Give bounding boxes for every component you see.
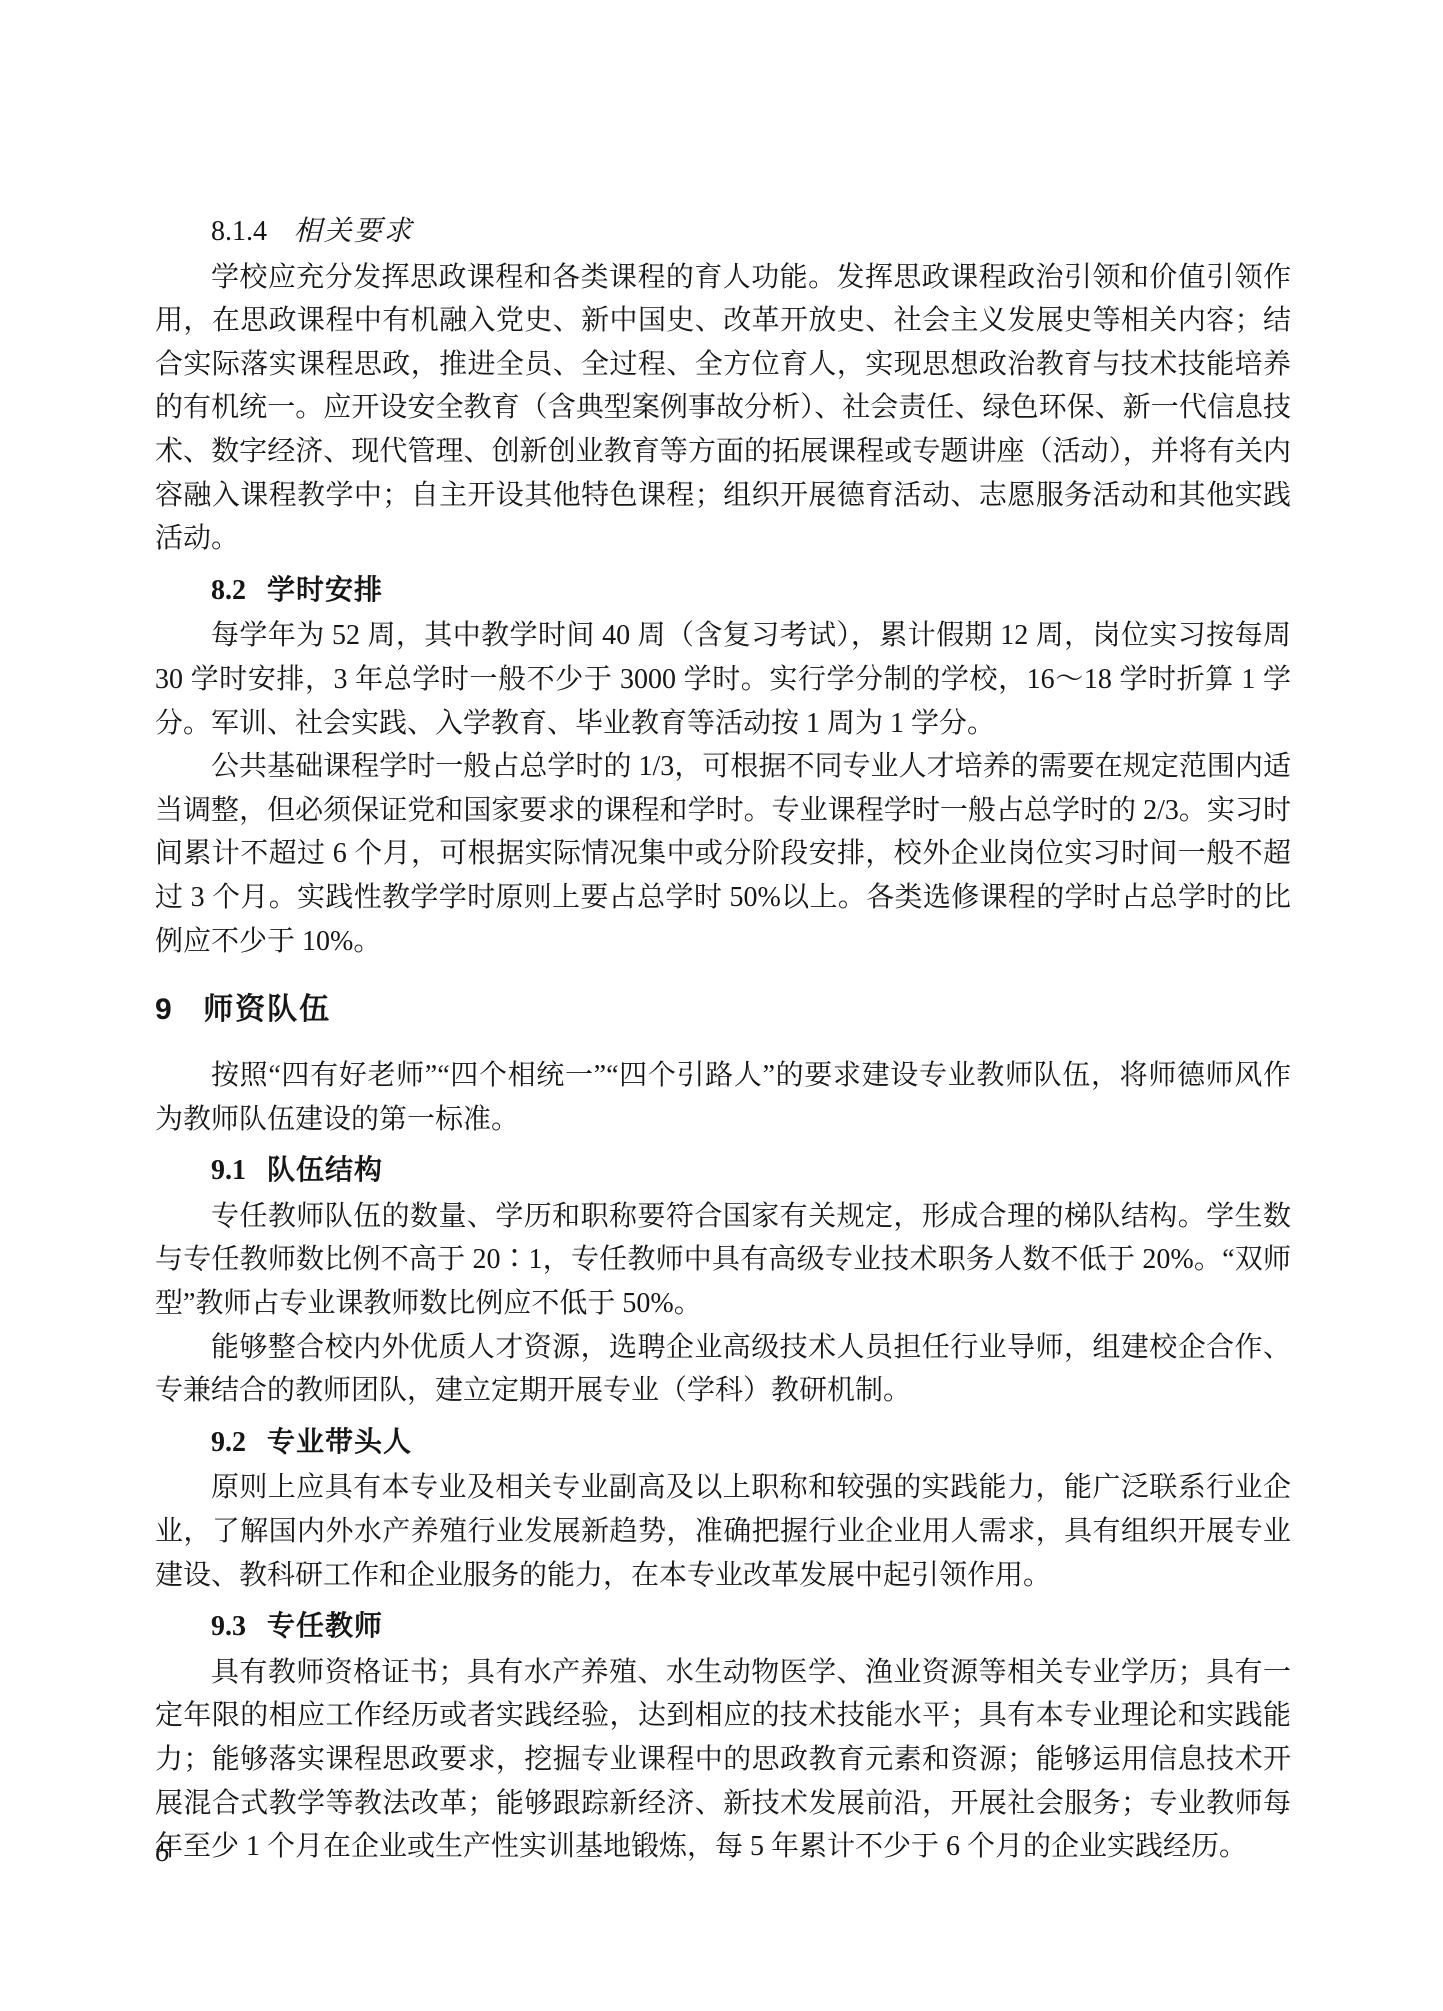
heading-8-2-title: 学时安排 [267, 574, 383, 605]
paragraph-teacher-standards: 按照“四有好老师”“四个相统一”“四个引路人”的要求建设专业教师队伍，将师德师风… [155, 1054, 1291, 1141]
heading-9-2: 9.2专业带头人 [155, 1420, 1291, 1465]
document-page: 8.1.4相关要求 学校应充分发挥思政课程和各类课程的育人功能。发挥思政课程政治… [0, 0, 1443, 2011]
heading-9-1-title: 队伍结构 [267, 1154, 383, 1185]
heading-9-2-title: 专业带头人 [267, 1426, 412, 1457]
heading-9-1-number: 9.1 [211, 1155, 246, 1186]
heading-9-3-title: 专任教师 [267, 1610, 383, 1641]
paragraph-school-weeks: 每学年为 52 周，其中教学时间 40 周（含复习考试），累计假期 12 周，岗… [155, 614, 1291, 745]
heading-8-1-4-title: 相关要求 [294, 216, 414, 247]
paragraph-course-hours-ratio: 公共基础课程学时一般占总学时的 1/3，可根据不同专业人才培养的需要在规定范围内… [155, 745, 1291, 963]
heading-9-number: 9 [155, 993, 172, 1026]
paragraph-talent-integration: 能够整合校内外优质人才资源，选聘企业高级技术人员担任行业导师，组建校企合作、专兼… [155, 1326, 1291, 1413]
heading-9: 9师资队伍 [155, 987, 1291, 1033]
paragraph-ideology-courses: 学校应充分发挥思政课程和各类课程的育人功能。发挥思政课程政治引领和价值引领作用，… [155, 256, 1291, 561]
heading-8-1-4: 8.1.4相关要求 [155, 210, 1291, 254]
heading-9-2-number: 9.2 [211, 1427, 246, 1458]
paragraph-program-leader: 原则上应具有本专业及相关专业副高及以上职称和较强的实践能力，能广泛联系行业企业，… [155, 1466, 1291, 1597]
heading-9-title: 师资队伍 [203, 993, 331, 1026]
paragraph-fulltime-teachers: 具有教师资格证书；具有水产养殖、水生动物医学、渔业资源等相关专业学历；具有一定年… [155, 1651, 1291, 1869]
heading-8-2: 8.2学时安排 [155, 568, 1291, 613]
heading-8-1-4-number: 8.1.4 [211, 216, 267, 247]
page-content: 8.1.4相关要求 学校应充分发挥思政课程和各类课程的育人功能。发挥思政课程政治… [155, 206, 1291, 1869]
page-number: 6 [155, 1836, 170, 1869]
paragraph-team-structure: 专任教师队伍的数量、学历和职称要符合国家有关规定，形成合理的梯队结构。学生数与专… [155, 1195, 1291, 1326]
heading-9-3-number: 9.3 [211, 1611, 246, 1642]
heading-8-2-number: 8.2 [211, 575, 246, 606]
heading-9-1: 9.1队伍结构 [155, 1148, 1291, 1193]
heading-9-3: 9.3专任教师 [155, 1604, 1291, 1649]
